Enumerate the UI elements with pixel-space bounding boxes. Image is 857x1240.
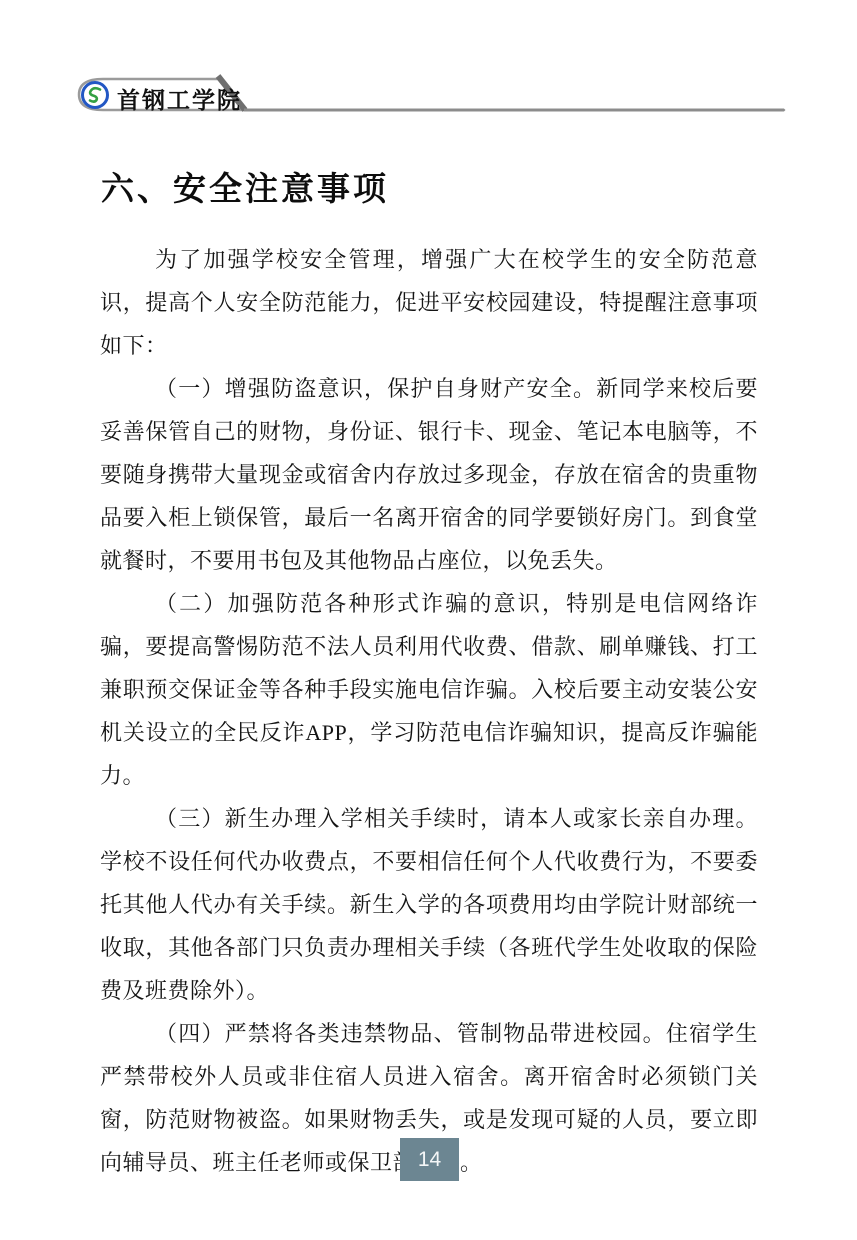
page-number-badge: 14 [400,1138,459,1181]
body-text: 为了加强学校安全管理，增强广大在校学生的安全防范意识，提高个人安全防范能力，促进… [100,238,758,1184]
section-title: 六、安全注意事项 [101,163,389,210]
page-number: 14 [418,1148,441,1172]
page-header: 首钢工学院 [0,0,857,130]
school-logo-icon [81,81,109,109]
school-name: 首钢工学院 [117,82,242,115]
document-page: 首钢工学院 六、安全注意事项 为了加强学校安全管理，增强广大在校学生的安全防范意… [0,0,857,1240]
paragraph-item-1: （一）增强防盗意识，保护自身财产安全。新同学来校后要妥善保管自己的财物，身份证、… [100,367,758,582]
paragraph-intro: 为了加强学校安全管理，增强广大在校学生的安全防范意识，提高个人安全防范能力，促进… [100,238,758,367]
paragraph-item-3: （三）新生办理入学相关手续时，请本人或家长亲自办理。学校不设任何代办收费点，不要… [100,797,758,1012]
paragraph-item-2: （二）加强防范各种形式诈骗的意识，特别是电信网络诈骗，要提高警惕防范不法人员利用… [100,582,758,797]
